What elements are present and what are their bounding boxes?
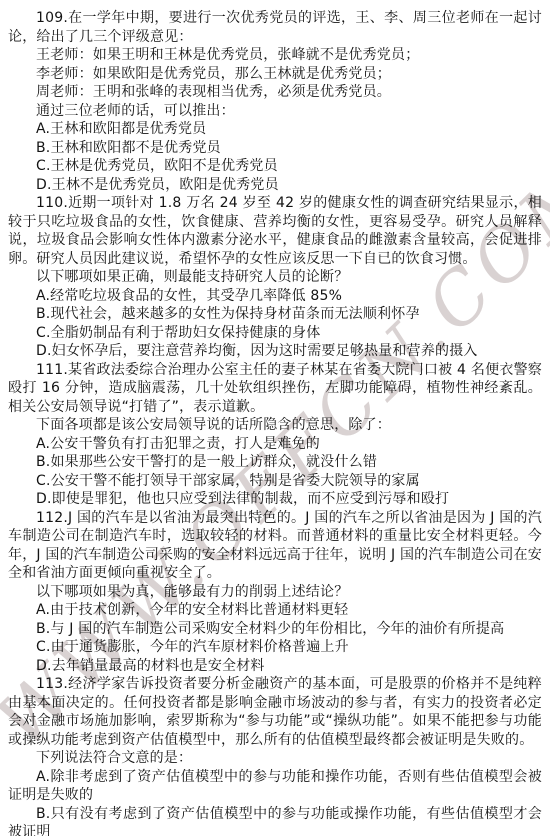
question-112-option: A.由于技术创新，今年的安全材料比普通材料更轻 bbox=[8, 601, 542, 620]
question-109-line: 通过三位老师的话，可以推出： bbox=[8, 102, 542, 121]
question-113-line: 113.经济学家告诉投资者要分析金融资产的基本面，可是股票的价格并不是纯粹由基本… bbox=[8, 675, 542, 749]
question-113-line: 下列说法符合文意的是： bbox=[8, 749, 542, 768]
exam-page: WWW.OFFCN.COM 109.在一学年中期，要进行一次优秀党员的评选，王、… bbox=[0, 0, 550, 836]
question-111-option: A.公安干警负有打击犯罪之责，打人是难免的 bbox=[8, 435, 542, 454]
question-110-option: A.经常吃垃圾食品的女性，其受孕几率降低 85% bbox=[8, 287, 542, 306]
question-110-line: 110.近期一项针对 1.8 万名 24 岁至 42 岁的健康女性的调查研究结果… bbox=[8, 194, 542, 268]
question-109-option: A.王林和欧阳都是优秀党员 bbox=[8, 120, 542, 139]
question-110-line: 以下哪项如果正确，则最能支持研究人员的论断？ bbox=[8, 268, 542, 287]
document-body: 109.在一学年中期，要进行一次优秀党员的评选，王、李、周三位老师在一起讨论，给… bbox=[0, 0, 550, 836]
question-109-line: 109.在一学年中期，要进行一次优秀党员的评选，王、李、周三位老师在一起讨论，给… bbox=[8, 9, 542, 46]
question-112-option: B.与 J 国的汽车制造公司采购安全材料少的年份相比，今年的油价有所提高 bbox=[8, 620, 542, 639]
question-111-line: 下面各项都是该公安局领导说的话所隐含的意思，除了： bbox=[8, 416, 542, 435]
question-109-line: 周老师：王明和张峰的表现相当优秀，必须是优秀党员。 bbox=[8, 83, 542, 102]
question-113-option: A.除非考虑到了资产估值模型中的参与功能和操作功能，否则有些估值模型会被证明是失… bbox=[8, 768, 542, 805]
question-110-option: C.全脂奶制品有利于帮助妇女保持健康的身体 bbox=[8, 324, 542, 343]
question-109-line: 王老师：如果王明和王林是优秀党员，张峰就不是优秀党员； bbox=[8, 46, 542, 65]
question-109-option: D.王林不是优秀党员，欧阳是优秀党员 bbox=[8, 176, 542, 195]
question-111-option: C.公安干警不能打领导干部家属，特别是省委大院领导的家属 bbox=[8, 472, 542, 491]
question-109-option: C.王林是优秀党员，欧阳不是优秀党员 bbox=[8, 157, 542, 176]
question-112-line: 以下哪项如果为真，能够最有力的削弱上述结论？ bbox=[8, 583, 542, 602]
question-109-line: 李老师：如果欧阳是优秀党员，那么王林就是优秀党员； bbox=[8, 65, 542, 84]
question-110-option: D.妇女怀孕后，要注意营养均衡，因为这时需要足够热量和营养的摄入 bbox=[8, 342, 542, 361]
question-112-line: 112.J 国的汽车是以省油为最突出特色的。J 国的汽车之所以省油是因为 J 国… bbox=[8, 509, 542, 583]
question-113-option: B.只有没有考虑到了资产估值模型中的参与功能或操作功能，有些估值模型才会被证明 bbox=[8, 805, 542, 836]
question-110-option: B.现代社会，越来越多的女性为保持身材苗条而无法顺利怀孕 bbox=[8, 305, 542, 324]
question-109-option: B.王林和欧阳都不是优秀党员 bbox=[8, 139, 542, 158]
question-111-line: 111.某省政法委综合治理办公室主任的妻子林某在省委大院门口被 4 名便衣警察殴… bbox=[8, 361, 542, 417]
question-111-option: D.即使是罪犯，他也只应受到法律的制裁，而不应受到污辱和殴打 bbox=[8, 490, 542, 509]
question-112-option: C.由于通货膨胀，今年的汽车原材料价格普遍上升 bbox=[8, 638, 542, 657]
question-112-option: D.去年销量最高的材料也是安全材料 bbox=[8, 657, 542, 676]
question-111-option: B.如果那些公安干警打的是一般上访群众，就没什么错 bbox=[8, 453, 542, 472]
